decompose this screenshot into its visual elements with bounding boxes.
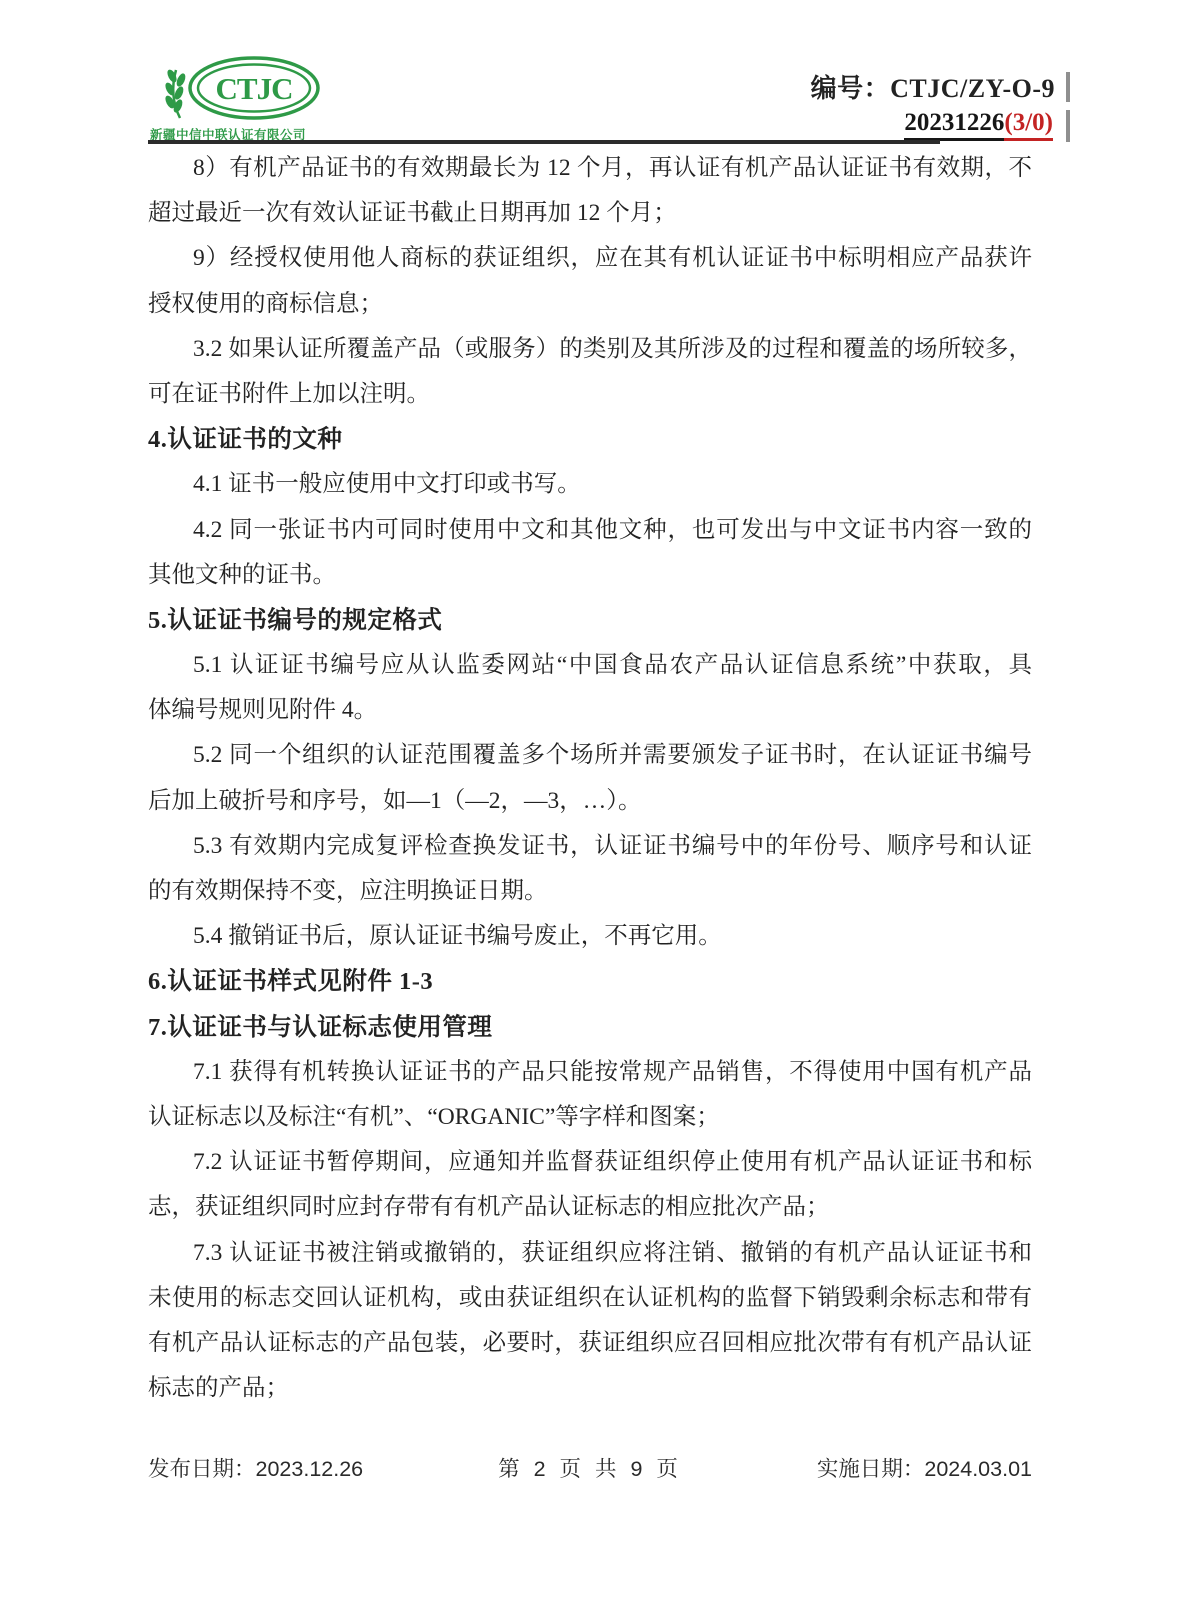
body-line: 志，获证组织同时应封存带有有机产品认证标志的相应批次产品；: [148, 1185, 1032, 1230]
body-line: 7.1 获得有机转换认证证书的产品只能按常规产品销售，不得使用中国有机产品: [148, 1050, 1032, 1095]
body-paragraph: 5.3 有效期内完成复评检查换发证书，认证证书编号中的年份号、顺序号和认证的有效…: [148, 824, 1032, 914]
page-number: 第 2 页 共 9 页: [498, 1452, 682, 1483]
implementation-date-value: 2024.03.01: [924, 1457, 1032, 1481]
ctjc-logo-icon: CTJC: [150, 54, 322, 122]
body-line: 4.1 证书一般应使用中文打印或书写。: [148, 462, 1032, 507]
body-paragraph: 3.2 如果认证所覆盖产品（或服务）的类别及其所涉及的过程和覆盖的场所较多，可在…: [148, 327, 1032, 417]
revision-date: 20231226: [904, 109, 1004, 141]
body-line: 可在证书附件上加以注明。: [148, 372, 1032, 417]
release-date: 发布日期：2023.12.26: [148, 1452, 363, 1483]
body-line: 5.4 撤销证书后，原认证证书编号废止，不再它用。: [148, 914, 1032, 959]
body-paragraph: 4.2 同一张证书内可同时使用中文和其他文种，也可发出与中文证书内容一致的其他文…: [148, 508, 1032, 598]
page-footer: 发布日期：2023.12.26 第 2 页 共 9 页 实施日期：2024.03…: [148, 1452, 1032, 1483]
body-line: 认证标志以及标注“有机”、“ORGANIC”等字样和图案；: [148, 1095, 1032, 1140]
section-heading: 7.认证证书与认证标志使用管理: [148, 1005, 1032, 1050]
release-date-value: 2023.12.26: [256, 1457, 364, 1481]
header-divider: [148, 140, 940, 144]
section-heading: 4.认证证书的文种: [148, 417, 1032, 462]
body-paragraph: 7.1 获得有机转换认证证书的产品只能按常规产品销售，不得使用中国有机产品认证标…: [148, 1050, 1032, 1140]
revision-mark: (3/0): [1004, 109, 1053, 141]
logo-acronym: CTJC: [216, 71, 293, 106]
body-line: 5.认证证书编号的规定格式: [148, 598, 1032, 643]
body-paragraph: 4.1 证书一般应使用中文打印或书写。: [148, 462, 1032, 507]
document-number: 编号：CTJC/ZY-O-9: [811, 68, 1055, 105]
document-page: CTJC 新疆中信中联认证有限公司 编号：CTJC/ZY-O-9 2023122…: [0, 0, 1178, 1600]
body-line: 7.3 认证证书被注销或撤销的，获证组织应将注销、撤销的有机产品认证证书和: [148, 1231, 1032, 1276]
revision-number: 20231226(3/0): [904, 109, 1053, 141]
body-line: 授权使用的商标信息；: [148, 282, 1032, 327]
company-logo: CTJC 新疆中信中联认证有限公司: [150, 54, 322, 143]
body-line: 5.1 认证证书编号应从认监委网站“中国食品农产品认证信息系统”中获取，具: [148, 643, 1032, 688]
document-number-value: CTJC/ZY-O-9: [890, 74, 1055, 103]
body-line: 超过最近一次有效认证证书截止日期再加 12 个月；: [148, 191, 1032, 236]
implementation-date-label: 实施日期：: [817, 1457, 925, 1481]
body-line: 有机产品认证标志的产品包装，必要时，获证组织应召回相应批次带有有机产品认证: [148, 1321, 1032, 1366]
body-paragraph: 5.1 认证证书编号应从认监委网站“中国食品农产品认证信息系统”中获取，具体编号…: [148, 643, 1032, 733]
section-heading: 5.认证证书编号的规定格式: [148, 598, 1032, 643]
body-line: 7.2 认证证书暂停期间，应通知并监督获证组织停止使用有机产品认证证书和标: [148, 1140, 1032, 1185]
body-line: 的有效期保持不变，应注明换证日期。: [148, 869, 1032, 914]
body-line: 5.3 有效期内完成复评检查换发证书，认证证书编号中的年份号、顺序号和认证: [148, 824, 1032, 869]
body-line: 8）有机产品证书的有效期最长为 12 个月，再认证有机产品认证证书有效期，不: [148, 146, 1032, 191]
body-line: 标志的产品；: [148, 1366, 1032, 1411]
body-line: 4.2 同一张证书内可同时使用中文和其他文种，也可发出与中文证书内容一致的: [148, 508, 1032, 553]
body-paragraph: 7.2 认证证书暂停期间，应通知并监督获证组织停止使用有机产品认证证书和标志，获…: [148, 1140, 1032, 1230]
body-paragraph: 7.3 认证证书被注销或撤销的，获证组织应将注销、撤销的有机产品认证证书和未使用…: [148, 1231, 1032, 1412]
change-bar: [1066, 72, 1070, 102]
body-line: 其他文种的证书。: [148, 553, 1032, 598]
body-line: 体编号规则见附件 4。: [148, 688, 1032, 733]
body-paragraph: 5.2 同一个组织的认证范围覆盖多个场所并需要颁发子证书时，在认证证书编号后加上…: [148, 733, 1032, 823]
body-line: 4.认证证书的文种: [148, 417, 1032, 462]
body-line: 5.2 同一个组织的认证范围覆盖多个场所并需要颁发子证书时，在认证证书编号: [148, 733, 1032, 778]
release-date-label: 发布日期：: [148, 1457, 256, 1481]
body-line: 7.认证证书与认证标志使用管理: [148, 1005, 1032, 1050]
body-line: 6.认证证书样式见附件 1-3: [148, 959, 1032, 1004]
body-paragraph: 5.4 撤销证书后，原认证证书编号废止，不再它用。: [148, 914, 1032, 959]
change-bar: [1066, 110, 1070, 142]
document-number-label: 编号：: [811, 74, 891, 103]
body-line: 9）经授权使用他人商标的获证组织，应在其有机认证证书中标明相应产品获许: [148, 236, 1032, 281]
body-paragraph: 8）有机产品证书的有效期最长为 12 个月，再认证有机产品认证证书有效期，不超过…: [148, 146, 1032, 236]
body-line: 后加上破折号和序号，如—1（—2，—3，…）。: [148, 779, 1032, 824]
body-line: 3.2 如果认证所覆盖产品（或服务）的类别及其所涉及的过程和覆盖的场所较多，: [148, 327, 1032, 372]
implementation-date: 实施日期：2024.03.01: [817, 1452, 1032, 1483]
section-heading: 6.认证证书样式见附件 1-3: [148, 959, 1032, 1004]
body-paragraph: 9）经授权使用他人商标的获证组织，应在其有机认证证书中标明相应产品获许授权使用的…: [148, 236, 1032, 326]
document-body: 8）有机产品证书的有效期最长为 12 个月，再认证有机产品认证证书有效期，不超过…: [148, 146, 1032, 1411]
body-line: 未使用的标志交回认证机构，或由获证组织在认证机构的监督下销毁剩余标志和带有: [148, 1276, 1032, 1321]
